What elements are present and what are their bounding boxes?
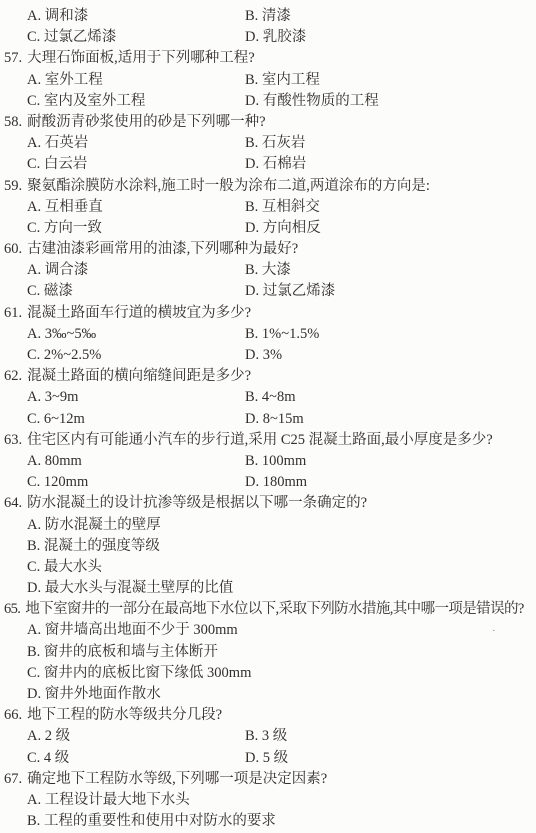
question-stem: 61.混凝土路面车行道的横坡宜为多少? xyxy=(0,303,536,324)
question-number: 62. xyxy=(4,366,22,387)
option-60-c: C. 磁漆 xyxy=(27,281,245,302)
option-58-b: B. 石灰岩 xyxy=(245,135,305,151)
option-row: A. 3~9mB. 4~8m xyxy=(0,387,536,408)
option-62-c: C. 6~12m xyxy=(27,409,245,430)
option-row: A. 调合漆B. 大漆 xyxy=(0,260,536,281)
option-64-d: D. 最大水头与混凝土壁厚的比值 xyxy=(27,580,233,596)
option-row: A. 防水混凝土的壁厚 xyxy=(0,515,536,536)
question-number: 57. xyxy=(4,48,22,69)
question-60: 60.古建油漆彩画常用的油漆,下列哪种为最好? A. 调合漆B. 大漆 C. 磁… xyxy=(0,239,536,303)
option-63-c: C. 120mm xyxy=(27,472,245,493)
option-63-a: A. 80mm xyxy=(27,451,245,472)
question-66: 66.地下工程的防水等级共分几段? A. 2 级B. 3 级 C. 4 级D. … xyxy=(0,705,536,769)
question-58: 58.耐酸沥青砂浆使用的砂是下列哪一种? A. 石英岩B. 石灰岩 C. 白云岩… xyxy=(0,112,536,176)
option-row: C. 室内及室外工程D. 有酸性物质的工程 xyxy=(0,91,536,112)
option-67-b: B. 工程的重要性和使用中对防水的要求 xyxy=(27,813,276,829)
question-text: 古建油漆彩画常用的油漆,下列哪种为最好? xyxy=(27,241,298,257)
option-65-a: A. 窗井墙高出地面不少于 300mm xyxy=(27,622,238,638)
question-stem: 58.耐酸沥青砂浆使用的砂是下列哪一种? xyxy=(0,112,536,133)
option-65-d: D. 窗井外地面作散水 xyxy=(27,686,161,702)
option-64-b: B. 混凝土的强度等级 xyxy=(27,538,160,554)
question-text: 混凝土路面的横向缩缝间距是多少? xyxy=(27,368,251,384)
option-66-d: D. 5 级 xyxy=(245,750,288,766)
option-66-b: B. 3 级 xyxy=(245,728,287,744)
option-row: C. 磁漆D. 过氯乙烯漆 xyxy=(0,281,536,302)
question-stem: 65.地下室窗井的一部分在最高地下水位以下,采取下列防水措施,其中哪一项是错误的… xyxy=(0,599,536,620)
option-row: A. 调和漆B. 清漆 xyxy=(0,6,536,27)
option-57-b: B. 室内工程 xyxy=(245,72,320,88)
question-56-options: A. 调和漆B. 清漆 C. 过氯乙烯漆D. 乳胶漆 xyxy=(0,6,536,48)
question-number: 67. xyxy=(4,769,22,790)
option-row: C. 窗井内的底板比窗下缘低 300mm xyxy=(0,663,536,684)
option-64-a: A. 防水混凝土的壁厚 xyxy=(27,517,161,533)
option-62-d: D. 8~15m xyxy=(245,411,304,427)
option-56-a: A. 调和漆 xyxy=(27,6,245,27)
option-61-c: C. 2%~2.5% xyxy=(27,345,245,366)
option-row: A. 2 级B. 3 级 xyxy=(0,726,536,747)
question-number: 59. xyxy=(4,176,22,197)
question-text: 地下工程的防水等级共分几段? xyxy=(27,707,222,723)
option-65-c: C. 窗井内的底板比窗下缘低 300mm xyxy=(27,665,251,681)
question-64: 64.防水混凝土的设计抗渗等级是根据以下哪一条确定的? A. 防水混凝土的壁厚 … xyxy=(0,493,536,599)
option-63-b: B. 100mm xyxy=(245,453,306,469)
question-number: 65. xyxy=(4,599,20,620)
question-59: 59.聚氨酯涂膜防水涂料,施工时一般为涂布二道,两道涂布的方向是: A. 互相垂… xyxy=(0,176,536,240)
option-61-d: D. 3% xyxy=(245,347,282,363)
option-row: A. 石英岩B. 石灰岩 xyxy=(0,133,536,154)
question-text: 确定地下工程防水等级,下列哪一项是决定因素? xyxy=(27,771,327,787)
option-row: C. 过氯乙烯漆D. 乳胶漆 xyxy=(0,27,536,48)
question-57: 57.大理石饰面板,适用于下列哪种工程? A. 室外工程B. 室内工程 C. 室… xyxy=(0,48,536,112)
option-60-a: A. 调合漆 xyxy=(27,260,245,281)
question-stem: 62.混凝土路面的横向缩缝间距是多少? xyxy=(0,366,536,387)
question-stem: 57.大理石饰面板,适用于下列哪种工程? xyxy=(0,48,536,69)
option-62-a: A. 3~9m xyxy=(27,387,245,408)
option-row: A. 工程设计最大地下水头 xyxy=(0,790,536,811)
option-row: A. 互相垂直B. 互相斜交 xyxy=(0,197,536,218)
option-66-c: C. 4 级 xyxy=(27,748,245,769)
question-stem: 63.住宅区内有可能通小汽车的步行道,采用 C25 混凝土路面,最小厚度是多少? xyxy=(0,430,536,451)
question-number: 58. xyxy=(4,112,22,133)
question-text: 住宅区内有可能通小汽车的步行道,采用 C25 混凝土路面,最小厚度是多少? xyxy=(27,432,493,448)
option-59-c: C. 方向一致 xyxy=(27,218,245,239)
question-stem: 59.聚氨酯涂膜防水涂料,施工时一般为涂布二道,两道涂布的方向是: xyxy=(0,176,536,197)
option-56-b: B. 清漆 xyxy=(245,8,291,24)
option-row: B. 工程的重要性和使用中对防水的要求 xyxy=(0,811,536,832)
option-row: B. 窗井的底板和墙与主体断开 xyxy=(0,642,536,663)
question-63: 63.住宅区内有可能通小汽车的步行道,采用 C25 混凝土路面,最小厚度是多少?… xyxy=(0,430,536,494)
option-61-a: A. 3‰~5‰ xyxy=(27,324,245,345)
question-text: 耐酸沥青砂浆使用的砂是下列哪一种? xyxy=(27,114,265,130)
question-text: 防水混凝土的设计抗渗等级是根据以下哪一条确定的? xyxy=(27,495,367,511)
option-57-a: A. 室外工程 xyxy=(27,70,245,91)
option-row: A. 80mmB. 100mm xyxy=(0,451,536,472)
option-row: A. 3‰~5‰B. 1%~1.5% xyxy=(0,324,536,345)
option-63-d: D. 180mm xyxy=(245,474,307,490)
question-number: 64. xyxy=(4,493,22,514)
option-59-a: A. 互相垂直 xyxy=(27,197,245,218)
option-58-a: A. 石英岩 xyxy=(27,133,245,154)
question-number: 61. xyxy=(4,303,22,324)
option-row: C. 白云岩D. 石棉岩 xyxy=(0,154,536,175)
option-row: C. 最大水头 xyxy=(0,557,536,578)
option-62-b: B. 4~8m xyxy=(245,389,296,405)
option-row: A. 窗井墙高出地面不少于 300mm xyxy=(0,620,536,641)
question-stem: 67.确定地下工程防水等级,下列哪一项是决定因素? xyxy=(0,769,536,790)
question-67: 67.确定地下工程防水等级,下列哪一项是决定因素? A. 工程设计最大地下水头 … xyxy=(0,769,536,833)
option-56-c: C. 过氯乙烯漆 xyxy=(27,27,245,48)
question-text: 大理石饰面板,适用于下列哪种工程? xyxy=(27,50,255,66)
option-65-b: B. 窗井的底板和墙与主体断开 xyxy=(27,644,218,660)
option-row: D. 最大水头与混凝土壁厚的比值 xyxy=(0,578,536,599)
question-text: 聚氨酯涂膜防水涂料,施工时一般为涂布二道,两道涂布的方向是: xyxy=(27,178,430,194)
option-60-d: D. 过氯乙烯漆 xyxy=(245,283,335,299)
option-58-d: D. 石棉岩 xyxy=(245,156,306,172)
option-66-a: A. 2 级 xyxy=(27,726,245,747)
scan-artifact-mark: · xyxy=(492,626,496,637)
option-56-d: D. 乳胶漆 xyxy=(245,29,306,45)
option-57-d: D. 有酸性物质的工程 xyxy=(245,93,379,109)
option-59-b: B. 互相斜交 xyxy=(245,199,320,215)
exam-scan-page: A. 调和漆B. 清漆 C. 过氯乙烯漆D. 乳胶漆 57.大理石饰面板,适用于… xyxy=(0,0,536,833)
question-number: 60. xyxy=(4,239,22,260)
option-row: B. 混凝土的强度等级 xyxy=(0,536,536,557)
question-stem: 64.防水混凝土的设计抗渗等级是根据以下哪一条确定的? xyxy=(0,493,536,514)
option-row: C. 120mmD. 180mm xyxy=(0,472,536,493)
option-59-d: D. 方向相反 xyxy=(245,220,321,236)
question-61: 61.混凝土路面车行道的横坡宜为多少? A. 3‰~5‰B. 1%~1.5% C… xyxy=(0,303,536,367)
option-row: C. 4 级D. 5 级 xyxy=(0,748,536,769)
question-stem: 60.古建油漆彩画常用的油漆,下列哪种为最好? xyxy=(0,239,536,260)
option-row: C. 方向一致D. 方向相反 xyxy=(0,218,536,239)
option-60-b: B. 大漆 xyxy=(245,262,291,278)
question-62: 62.混凝土路面的横向缩缝间距是多少? A. 3~9mB. 4~8m C. 6~… xyxy=(0,366,536,430)
option-58-c: C. 白云岩 xyxy=(27,154,245,175)
option-64-c: C. 最大水头 xyxy=(27,559,102,575)
question-number: 66. xyxy=(4,705,22,726)
question-number: 63. xyxy=(4,430,22,451)
question-stem: 66.地下工程的防水等级共分几段? xyxy=(0,705,536,726)
option-67-a: A. 工程设计最大地下水头 xyxy=(27,792,190,808)
option-row: A. 室外工程B. 室内工程 xyxy=(0,70,536,91)
question-text: 混凝土路面车行道的横坡宜为多少? xyxy=(27,305,251,321)
option-row: D. 窗井外地面作散水 xyxy=(0,684,536,705)
option-57-c: C. 室内及室外工程 xyxy=(27,91,245,112)
option-row: C. 6~12mD. 8~15m xyxy=(0,409,536,430)
question-text: 地下室窗井的一部分在最高地下水位以下,采取下列防水措施,其中哪一项是错误的? xyxy=(25,601,523,617)
option-61-b: B. 1%~1.5% xyxy=(245,326,319,342)
option-row: C. 2%~2.5%D. 3% xyxy=(0,345,536,366)
question-65: 65.地下室窗井的一部分在最高地下水位以下,采取下列防水措施,其中哪一项是错误的… xyxy=(0,599,536,705)
